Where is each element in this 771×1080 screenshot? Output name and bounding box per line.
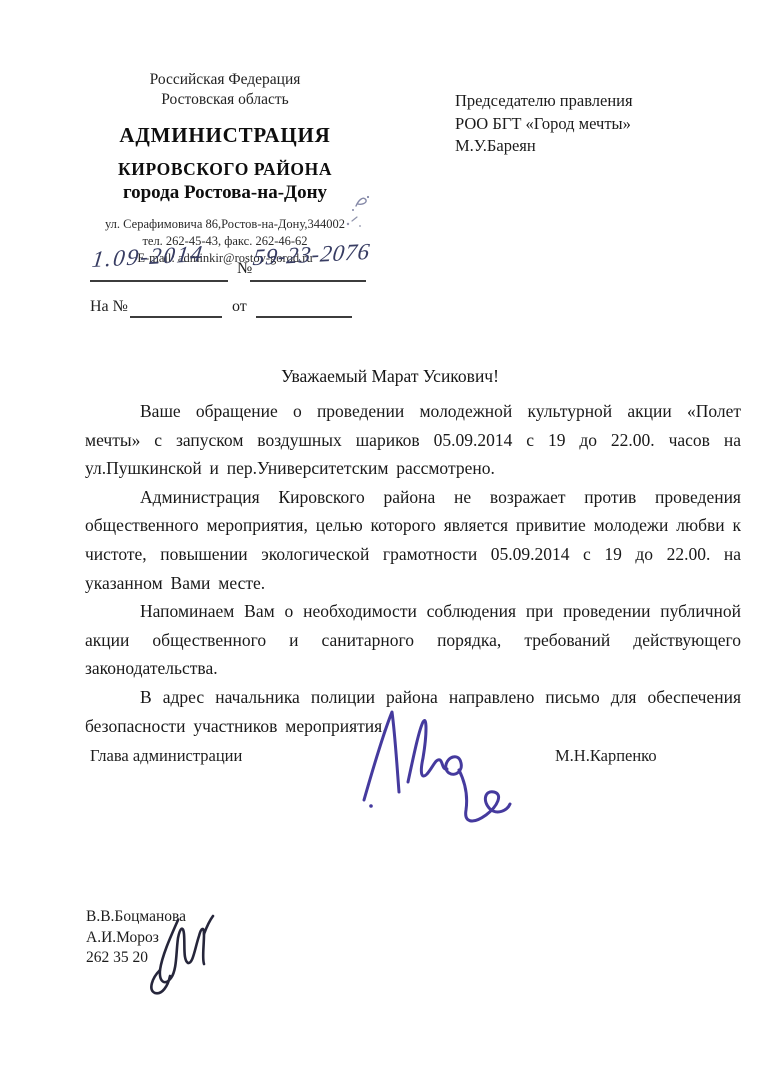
paragraph: Администрация Кировского района не возра… (85, 483, 741, 597)
reply-number-underline (130, 316, 222, 318)
handwritten-number: 59-23-2076 (251, 239, 371, 271)
ink-smudge (340, 192, 376, 238)
salutation: Уважаемый Марат Усикович! (85, 366, 695, 387)
paragraph: Напоминаем Вам о необходимости соблюдени… (85, 597, 741, 683)
addressee-name: М.У.Бареян (455, 135, 633, 158)
paragraph: Ваше обращение о проведении молодежной к… (85, 397, 741, 483)
number-label: № (237, 260, 252, 278)
number-underline (250, 280, 366, 282)
addressee-organization: РОО БГТ «Город мечты» (455, 113, 633, 136)
signature-main (358, 700, 513, 830)
date-underline (90, 280, 228, 282)
signature-executor (140, 898, 222, 998)
letter-body: Ваше обращение о проведении молодежной к… (85, 397, 741, 740)
date-number-row: 1.09-2014 № 59-23-2076 (90, 248, 430, 286)
addressee-position: Председателю правления (455, 90, 633, 113)
letterhead-country: Российская Федерация (55, 70, 395, 90)
org-name-district: КИРОВСКОГО РАЙОНА (55, 159, 395, 180)
reference-block: 1.09-2014 № 59-23-2076 На № от (90, 248, 430, 326)
reply-to-label: На № (90, 298, 128, 316)
addressee-block: Председателю правления РОО БГТ «Город ме… (455, 90, 633, 158)
signer-title: Глава администрации (90, 746, 242, 766)
letterhead-region: Ростовская область (55, 90, 395, 110)
document-page: Российская Федерация Ростовская область … (0, 0, 771, 1080)
from-date-underline (256, 316, 352, 318)
signer-name: М.Н.Карпенко (555, 746, 657, 766)
reply-reference-row: На № от (90, 296, 430, 326)
org-name-administration: АДМИНИСТРАЦИЯ (55, 123, 395, 148)
from-label: от (232, 298, 247, 316)
handwritten-date: 1.09-2014 (90, 241, 205, 273)
